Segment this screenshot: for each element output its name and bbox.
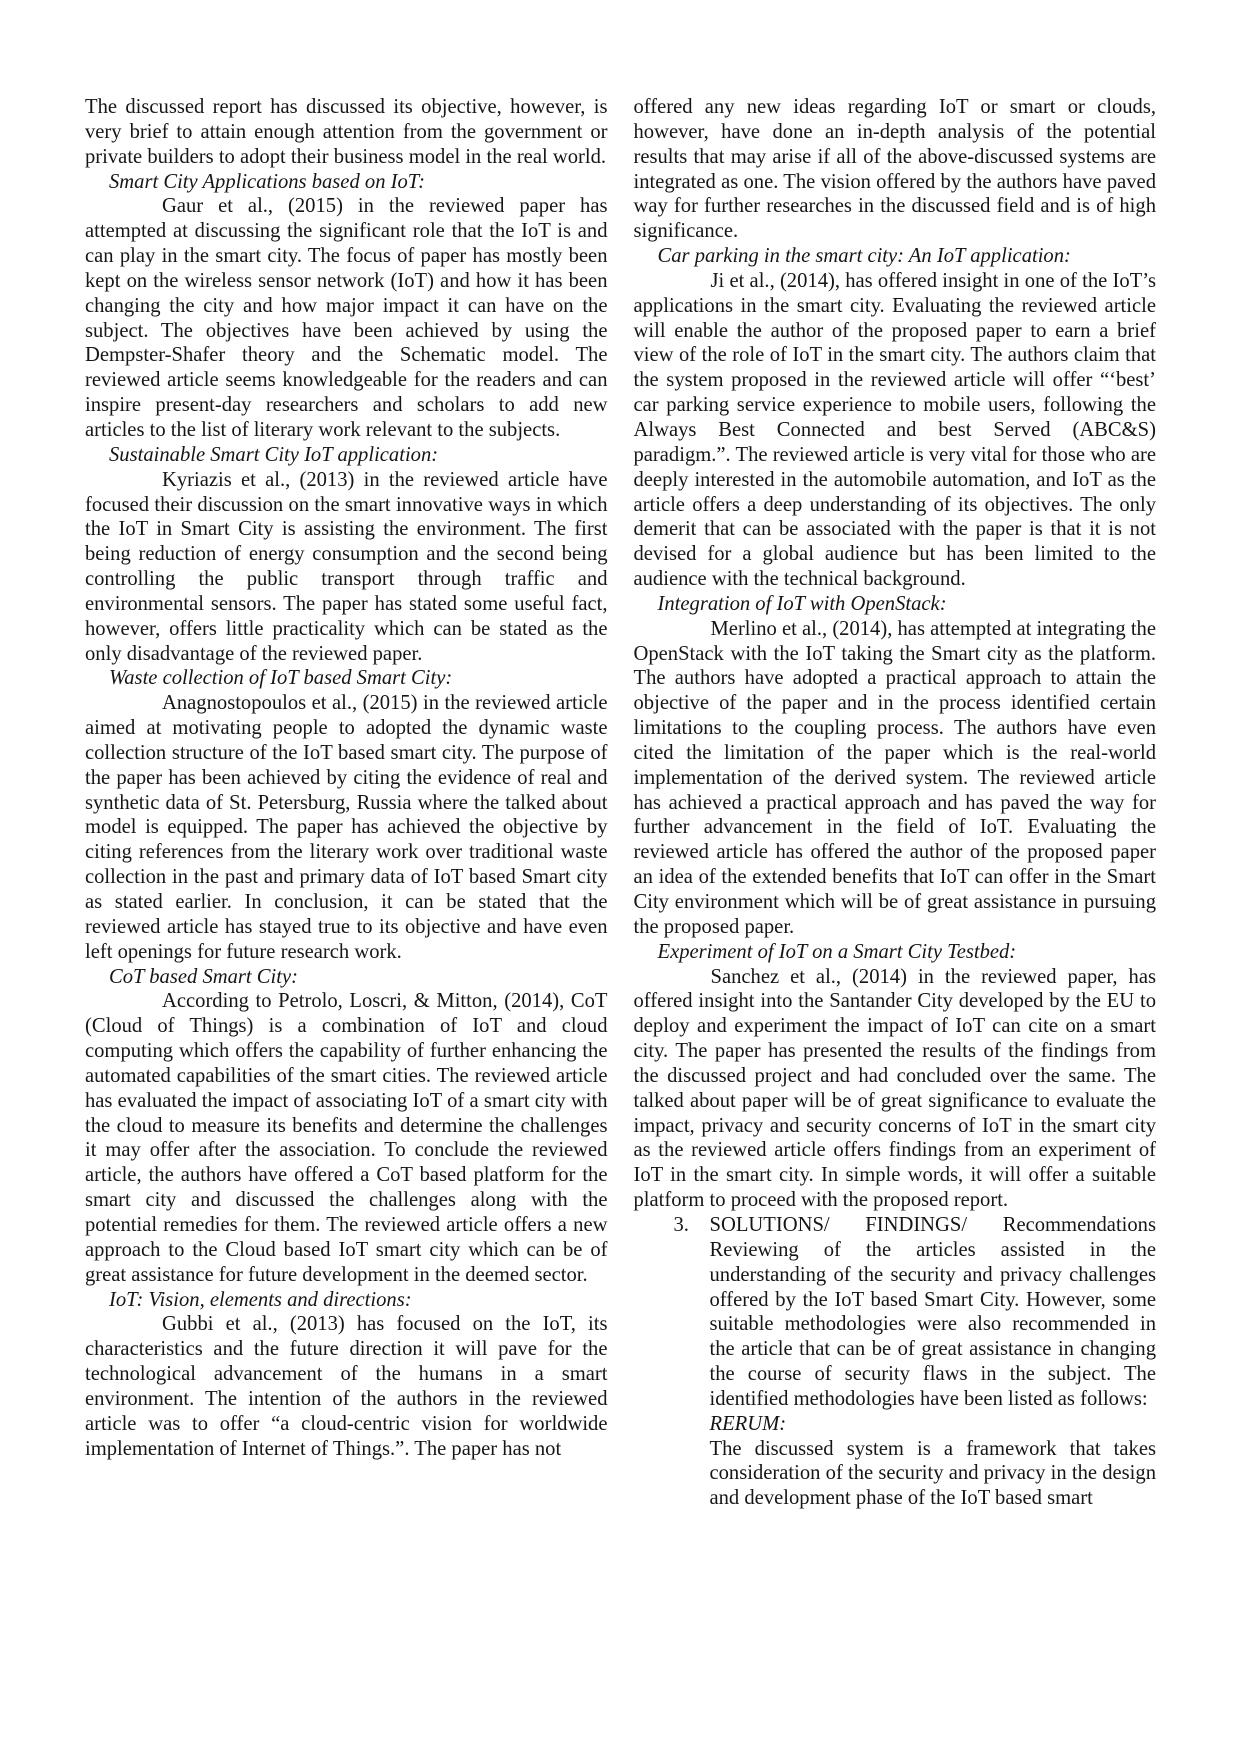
- left-column: The discussed report has discussed its o…: [85, 95, 608, 1754]
- section-heading: Smart City Applications based on IoT:: [85, 170, 608, 195]
- section-heading: IoT: Vision, elements and directions:: [85, 1288, 608, 1313]
- list-item-number: 3.: [674, 1213, 689, 1238]
- section-heading: Integration of IoT with OpenStack:: [634, 592, 1157, 617]
- section-heading: Waste collection of IoT based Smart City…: [85, 666, 608, 691]
- list-paragraph: SOLUTIONS/ FINDINGS/ Recommendations Rev…: [710, 1213, 1157, 1412]
- paragraph: offered any new ideas regarding IoT or s…: [634, 95, 1157, 244]
- paragraph: Sanchez et al., (2014) in the reviewed p…: [634, 965, 1157, 1213]
- section-heading: Experiment of IoT on a Smart City Testbe…: [634, 940, 1157, 965]
- paragraph: According to Petrolo, Loscri, & Mitton, …: [85, 989, 608, 1287]
- document-page: The discussed report has discussed its o…: [0, 0, 1241, 1754]
- paragraph: Merlino et al., (2014), has attempted at…: [634, 617, 1157, 940]
- paragraph: Gaur et al., (2015) in the reviewed pape…: [85, 194, 608, 442]
- paragraph: Kyriazis et al., (2013) in the reviewed …: [85, 468, 608, 667]
- paragraph: The discussed report has discussed its o…: [85, 95, 608, 170]
- paragraph: Ji et al., (2014), has offered insight i…: [634, 269, 1157, 592]
- list-paragraph: The discussed system is a framework that…: [710, 1437, 1157, 1512]
- numbered-list-item: 3.SOLUTIONS/ FINDINGS/ Recommendations R…: [710, 1213, 1157, 1511]
- section-heading: CoT based Smart City:: [85, 965, 608, 990]
- section-heading: Sustainable Smart City IoT application:: [85, 443, 608, 468]
- section-heading: Car parking in the smart city: An IoT ap…: [634, 244, 1157, 269]
- paragraph: Gubbi et al., (2013) has focused on the …: [85, 1312, 608, 1461]
- right-column: offered any new ideas regarding IoT or s…: [634, 95, 1157, 1754]
- paragraph: Anagnostopoulos et al., (2015) in the re…: [85, 691, 608, 964]
- method-heading: RERUM:: [710, 1412, 1157, 1437]
